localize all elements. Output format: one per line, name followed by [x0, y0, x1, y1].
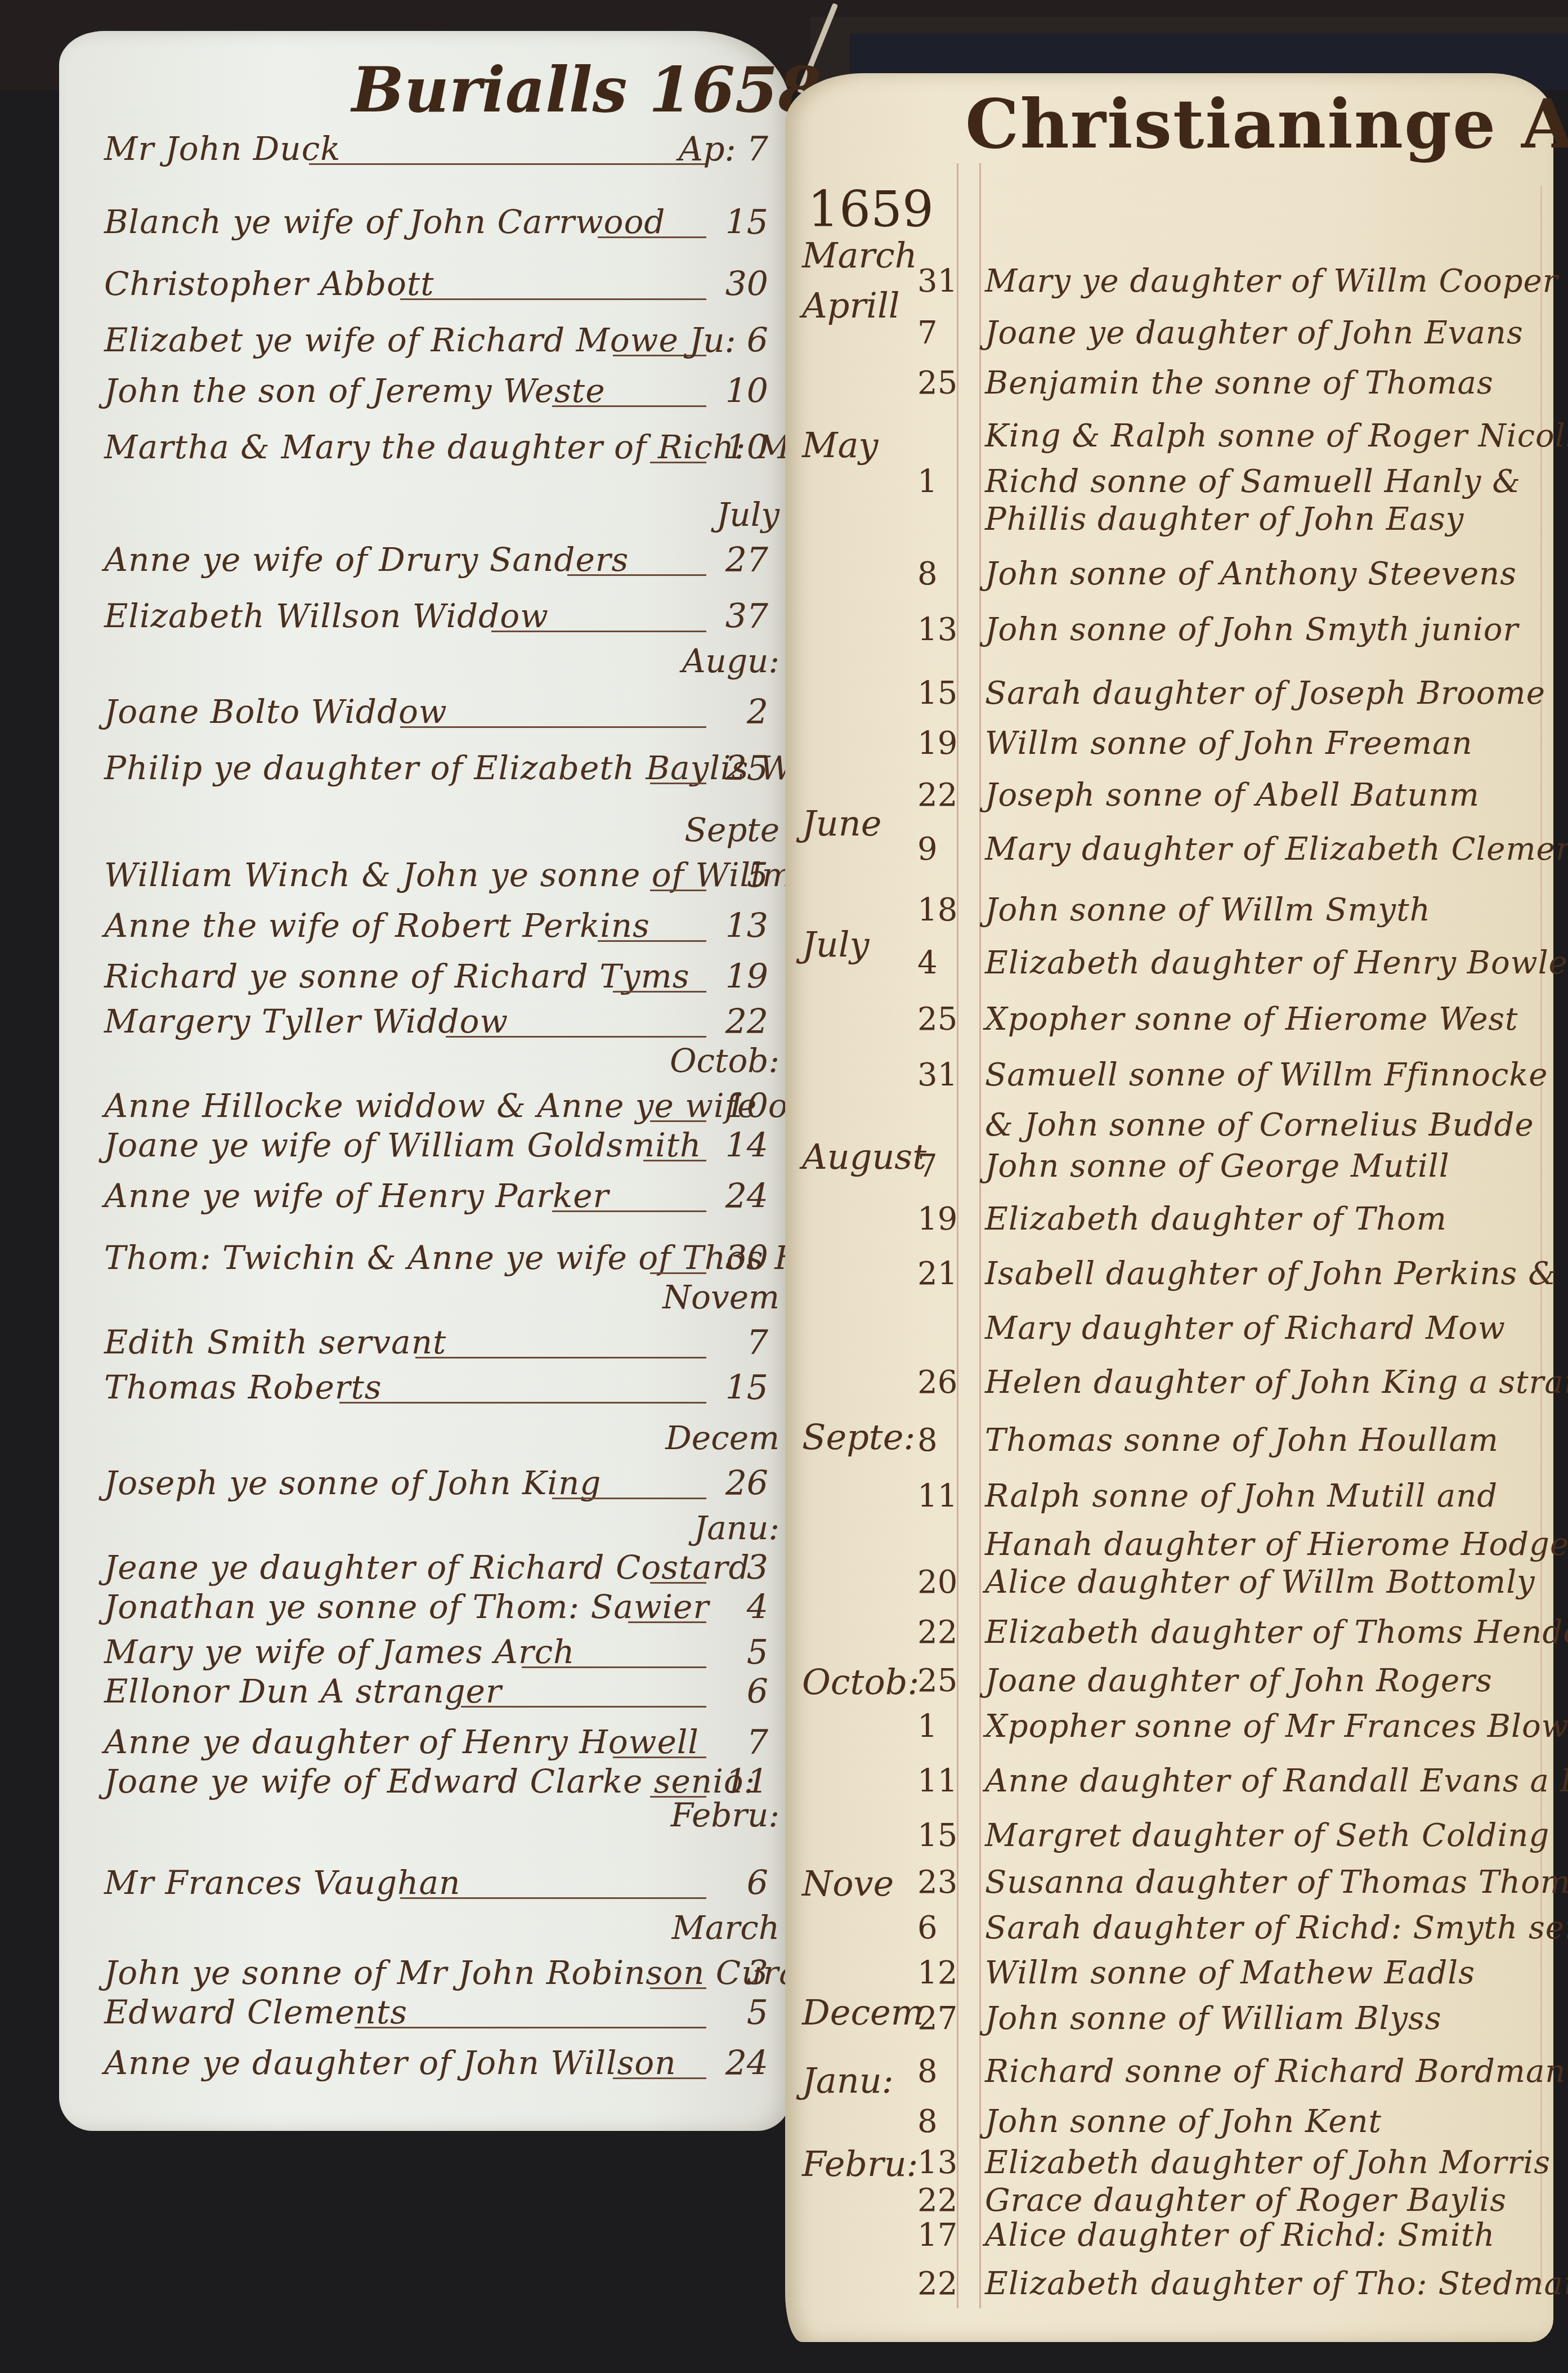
- christening-day: 27: [917, 2000, 968, 2037]
- christening-day: 8: [917, 2053, 968, 2090]
- burial-day: 6: [747, 1863, 768, 1903]
- left-page-burials: Burialls 1658 Mr John DuckAp: 7Blanch ye…: [59, 31, 791, 2131]
- burial-entry-name: Jeane ye daughter of Richard Costard: [104, 1548, 750, 1587]
- burial-entry-name: Mary ye wife of James Arch: [104, 1633, 575, 1671]
- christening-entry: Sarah daughter of Richd: Smyth sen: [985, 1910, 1568, 1946]
- burial-month: Augu:: [682, 642, 779, 680]
- burial-month: July: [716, 495, 779, 534]
- burial-month: Novem: [662, 1278, 779, 1316]
- burial-entry-name: Mr John Duck: [104, 129, 341, 168]
- christening-day: 18: [917, 892, 968, 928]
- christening-day: 9: [917, 831, 968, 868]
- leader-line: [613, 2077, 706, 2079]
- leader-line: [552, 405, 706, 407]
- burial-day: 14: [725, 1126, 768, 1165]
- christening-month: August: [802, 1136, 926, 1177]
- burial-entry-name: Margery Tyller Widdow: [104, 1002, 508, 1040]
- leader-line: [309, 163, 706, 165]
- burial-day: 19: [725, 957, 768, 996]
- leader-line: [339, 1402, 706, 1404]
- leader-line: [552, 1210, 706, 1212]
- christening-entry: Xpopher sonne of Mr Frances Blower: [985, 1708, 1568, 1745]
- leader-line: [355, 2027, 706, 2028]
- christening-day: 11: [917, 1763, 968, 1799]
- burial-entry-name: Joane ye wife of William Goldsmith: [104, 1126, 701, 1164]
- christening-entry: Willm sonne of Mathew Eadls: [985, 1955, 1475, 1991]
- edge-rule: [1540, 186, 1542, 2286]
- christening-entry: Joane daughter of John Rogers: [985, 1663, 1493, 1699]
- leader-line: [400, 726, 706, 728]
- christening-day: 22: [917, 1614, 968, 1651]
- christening-day: 25: [917, 1001, 968, 1038]
- burial-day: 7: [747, 1323, 768, 1362]
- christening-entry: Hanah daughter of Hierome Hodges: [985, 1526, 1568, 1563]
- burial-day: 7: [747, 1723, 768, 1762]
- christening-day: 22: [917, 2182, 968, 2219]
- christening-day: 7: [917, 1148, 968, 1185]
- christening-day: 13: [917, 611, 968, 648]
- christening-entry: Isabell daughter of John Perkins &: [985, 1255, 1557, 1292]
- leader-line: [567, 574, 706, 576]
- leader-line: [461, 1706, 706, 1708]
- burial-entry-name: John the son of Jeremy Weste: [104, 372, 605, 410]
- christening-day: 17: [917, 2217, 968, 2254]
- page-title-christenings: Christianinge Ano: Dni: [965, 84, 1568, 164]
- burial-day: 24: [725, 1177, 768, 1216]
- christening-entry: Grace daughter of Roger Baylis: [985, 2182, 1507, 2219]
- christening-entry: Xpopher sonne of Hierome West: [985, 1001, 1518, 1038]
- burial-entry-name: Anne ye wife of Henry Parker: [104, 1177, 609, 1215]
- christening-entry: Phillis daughter of John Easy: [985, 501, 1464, 538]
- burial-day: 2: [747, 692, 768, 732]
- burial-entry-name: Thomas Roberts: [104, 1368, 382, 1406]
- burial-entry-name: Ellonor Dun A stranger: [104, 1672, 502, 1710]
- burial-entry-name: Thom: Twichin & Anne ye wife of Thos Hew…: [104, 1239, 889, 1277]
- christening-day: 7: [917, 315, 968, 351]
- burial-entry-name: Christopher Abbott: [104, 265, 434, 303]
- burial-day: 27: [725, 540, 768, 580]
- christening-entry: Samuell sonne of Willm Ffinnocke: [985, 1057, 1548, 1093]
- leader-line: [628, 1621, 706, 1623]
- christening-day: 22: [917, 2265, 968, 2302]
- burial-entry-name: Blanch ye wife of John Carrwood: [104, 203, 666, 241]
- christening-entry: & John sonne of Cornelius Budde: [985, 1107, 1534, 1143]
- leader-line: [598, 236, 706, 238]
- margin-rule-inner: [979, 163, 981, 2308]
- burial-entry-name: Mr Frances Vaughan: [104, 1863, 460, 1902]
- christening-month: May: [802, 424, 878, 466]
- burial-day: 10: [725, 428, 768, 467]
- leader-line: [650, 1582, 706, 1584]
- leader-line: [415, 1357, 706, 1358]
- christening-entry: Joseph sonne of Abell Batunm: [985, 777, 1480, 814]
- christening-day: 13: [917, 2144, 968, 2181]
- burial-entry-name: Anne ye wife of Drury Sanders: [104, 540, 629, 579]
- leader-line: [650, 462, 706, 463]
- burial-entry-name: Elizabet ye wife of Richard Mowe: [104, 321, 679, 359]
- burial-day: 25: [725, 749, 768, 788]
- christening-entry: Mary daughter of Richard Mow: [985, 1310, 1506, 1347]
- christening-month: March: [802, 235, 917, 276]
- christening-day: 31: [917, 1057, 968, 1093]
- christening-day: 4: [917, 945, 968, 981]
- leader-line: [552, 1498, 706, 1499]
- year-label: 1659: [808, 180, 934, 238]
- christening-entry: John sonne of John Smyth junior: [985, 611, 1518, 648]
- christening-entry: John sonne of John Kent: [985, 2103, 1382, 2140]
- burial-day: 15: [725, 203, 768, 242]
- christening-month: Decem: [802, 1992, 924, 2033]
- christening-entry: Richard sonne of Richard Bordman: [985, 2053, 1566, 2090]
- leader-line: [650, 1272, 706, 1274]
- christening-month: July: [802, 924, 870, 965]
- burial-day: 13: [725, 906, 768, 946]
- christening-entry: Mary daughter of Elizabeth Clements: [985, 831, 1568, 868]
- christening-entry: John sonne of William Blyss: [985, 2000, 1442, 2037]
- leader-line: [522, 1666, 706, 1668]
- burial-day: 30: [725, 1239, 768, 1278]
- leader-line: [491, 631, 706, 632]
- christening-entry: Elizabeth daughter of Henry Bowler: [985, 945, 1568, 981]
- christening-entry: Alice daughter of Willm Bottomly: [985, 1564, 1535, 1601]
- burial-day: 5: [747, 856, 768, 895]
- page-title-burials: Burialls 1658: [352, 53, 821, 126]
- christening-entry: Elizabeth daughter of Tho: Stedman: [985, 2265, 1568, 2302]
- christening-day: 25: [917, 1663, 968, 1699]
- burial-day: 26: [725, 1464, 768, 1503]
- leader-line: [400, 298, 706, 300]
- burial-day: 15: [725, 1368, 768, 1407]
- leader-line: [650, 890, 706, 891]
- burial-entry-name: Joane Bolto Widdow: [104, 692, 447, 731]
- christening-entry: Anne daughter of Randall Evans a Londo: [985, 1763, 1568, 1799]
- burial-day: 10: [725, 1087, 768, 1126]
- christening-day: 1: [917, 1708, 968, 1745]
- christening-month: Aprill: [802, 285, 900, 326]
- christening-day: 31: [917, 263, 968, 300]
- christening-month: Nove: [802, 1863, 894, 1904]
- christening-day: 20: [917, 1564, 968, 1601]
- leader-line: [650, 783, 706, 784]
- christening-entry: Joane ye daughter of John Evans: [985, 315, 1524, 351]
- burial-entry-name: Anne ye daughter of John Willson: [104, 2044, 677, 2082]
- christening-day: 21: [917, 1255, 968, 1292]
- burial-day: 37: [725, 597, 768, 636]
- burial-entry-name: Joane ye wife of Edward Clarke senio:: [104, 1762, 755, 1800]
- burial-day: Ap: 7: [679, 129, 768, 169]
- christening-entry: John sonne of Anthony Steevens: [985, 556, 1517, 592]
- christening-month: Octob:: [802, 1661, 919, 1702]
- burial-day: 3: [747, 1954, 768, 1993]
- burial-month: Febru:: [671, 1796, 779, 1834]
- leader-line: [598, 940, 706, 942]
- leader-line: [400, 1897, 706, 1899]
- christening-day: 12: [917, 1955, 968, 1991]
- burial-entry-name: Jonathan ye sonne of Thom: Sawier: [104, 1588, 709, 1626]
- christening-entry: King & Ralph sonne of Roger Nicolls: [985, 418, 1568, 454]
- burial-entry-name: Elizabeth Willson Widdow: [104, 597, 549, 635]
- christening-month: June: [802, 803, 881, 844]
- christening-day: 19: [917, 1201, 968, 1237]
- christening-entry: Sarah daughter of Joseph Broome: [985, 675, 1545, 712]
- christening-entry: Ralph sonne of John Mutill and: [985, 1478, 1498, 1514]
- burial-month: Janu:: [694, 1509, 779, 1547]
- christening-month: Septe:: [802, 1416, 915, 1458]
- burial-entry-name: John ye sonne of Mr John Robinson Curate: [104, 1954, 832, 1992]
- leader-line: [643, 1160, 706, 1161]
- burial-day: 4: [747, 1588, 768, 1627]
- christening-day: 11: [917, 1478, 968, 1514]
- christening-entry: Mary ye daughter of Willm Cooper: [985, 263, 1558, 300]
- christening-day: 26: [917, 1364, 968, 1401]
- christening-day: 25: [917, 365, 968, 401]
- christening-day: 22: [917, 777, 968, 814]
- burial-day: 5: [747, 1993, 768, 2032]
- christening-entry: John sonne of George Mutill: [985, 1148, 1450, 1185]
- burial-day: 10: [725, 372, 768, 411]
- christening-day: 6: [917, 1910, 968, 1946]
- burial-month: Octob:: [670, 1042, 779, 1080]
- leader-line: [650, 1120, 706, 1122]
- christening-day: 19: [917, 725, 968, 762]
- christening-entry: Susanna daughter of Thomas Thomas: [985, 1864, 1568, 1901]
- christening-day: 15: [917, 675, 968, 712]
- burial-month: Septe: [684, 811, 779, 849]
- burial-month: Decem: [665, 1419, 779, 1457]
- christening-entry: Benjamin the sonne of Thomas: [985, 365, 1494, 401]
- leader-line: [613, 1757, 706, 1758]
- leader-line: [446, 1036, 706, 1038]
- christening-entry: Elizabeth daughter of Thoms Henderton: [985, 1614, 1568, 1651]
- christening-day: 8: [917, 1422, 968, 1459]
- christening-day: 1: [917, 463, 968, 500]
- burial-entry-name: Richard ye sonne of Richard Tyms: [104, 957, 690, 995]
- burial-day: 6: [747, 1672, 768, 1711]
- christening-entry: Elizabeth daughter of John Morris: [985, 2144, 1551, 2181]
- christening-month: Janu:: [802, 2060, 894, 2101]
- christening-entry: Margret daughter of Seth Colding: [985, 1817, 1549, 1854]
- burial-day: Ju: 6: [689, 321, 768, 360]
- burial-day: 30: [725, 265, 768, 304]
- christening-entry: Richd sonne of Samuell Hanly &: [985, 463, 1521, 500]
- christening-entry: Thomas sonne of John Houllam: [985, 1422, 1499, 1459]
- christening-entry: Elizabeth daughter of Thom: [985, 1201, 1447, 1237]
- christening-entry: John sonne of Willm Smyth: [985, 892, 1431, 928]
- leader-line: [613, 991, 706, 993]
- christening-month: Febru:: [802, 2143, 918, 2184]
- burial-month: March: [671, 1909, 779, 1947]
- right-page-christenings: Christianinge Ano: Dni 1659 MarchAprillM…: [785, 73, 1553, 2342]
- christening-entry: Willm sonne of John Freeman: [985, 725, 1473, 762]
- burial-day: 22: [725, 1002, 768, 1042]
- christening-day: 15: [917, 1817, 968, 1854]
- burial-entry-name: Anne the wife of Robert Perkins: [104, 906, 650, 945]
- christening-entry: Helen daughter of John King a stran: [985, 1364, 1568, 1401]
- christening-day: 8: [917, 556, 968, 592]
- christening-entry: Alice daughter of Richd: Smith: [985, 2217, 1495, 2254]
- burial-entry-name: Edward Clements: [104, 1993, 407, 2031]
- burial-day: 3: [747, 1548, 768, 1588]
- burial-day: 24: [725, 2044, 768, 2083]
- burial-entry-name: Anne ye daughter of Henry Howell: [104, 1723, 699, 1761]
- burial-day: 5: [747, 1633, 768, 1672]
- christening-day: 23: [917, 1864, 968, 1901]
- christening-day: 8: [917, 2103, 968, 2140]
- burial-entry-name: Joseph ye sonne of John King: [104, 1464, 601, 1502]
- burial-entry-name: Edith Smith servant: [104, 1323, 446, 1361]
- leader-line: [650, 1987, 706, 1989]
